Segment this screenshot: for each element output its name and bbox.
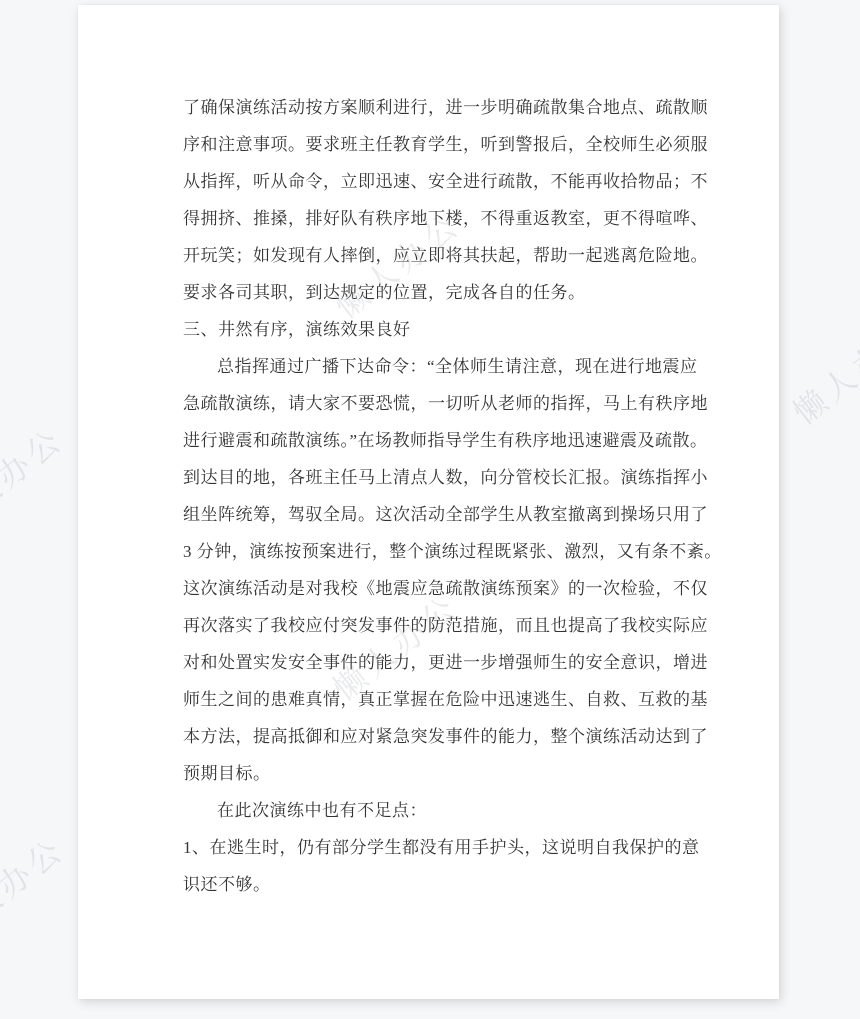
text-line: 得拥挤、推搡，排好队有秩序地下楼，不得重返教室，更不得喧哗、 xyxy=(183,200,680,237)
text-line: 从指挥，听从命令，立即迅速、安全进行疏散，不能再收拾物品；不 xyxy=(183,163,680,200)
text-line: 1、在逃生时，仍有部分学生都没有用手护头，这说明自我保护的意 xyxy=(183,829,680,866)
document-page: 了确保演练活动按方案顺利进行，进一步明确疏散集合地点、疏散顺序和注意事项。要求班… xyxy=(78,5,779,999)
text-line: 要求各司其职，到达规定的位置，完成各自的任务。 xyxy=(183,274,680,311)
text-line: 预期目标。 xyxy=(183,755,680,792)
document-content: 了确保演练活动按方案顺利进行，进一步明确疏散集合地点、疏散顺序和注意事项。要求班… xyxy=(183,89,680,903)
watermark-text: 懒人办公 xyxy=(783,306,860,433)
text-line: 总指挥通过广播下达命令：“全体师生请注意，现在进行地震应 xyxy=(183,348,680,385)
text-line: 组坐阵统筹，驾驭全局。这次活动全部学生从教室撤离到操场只用了 xyxy=(183,496,680,533)
text-line: 师生之间的患难真情，真正掌握在危险中迅速逃生、自救、互救的基 xyxy=(183,681,680,718)
watermark-text: 懒人办公 xyxy=(0,825,73,952)
text-line: 到达目的地，各班主任马上清点人数，向分管校长汇报。演练指挥小 xyxy=(183,459,680,496)
text-line: 3 分钟，演练按预案进行，整个演练过程既紧张、激烈，又有条不紊。 xyxy=(183,533,680,570)
text-line: 对和处置实发安全事件的能力，更进一步增强师生的安全意识，增进 xyxy=(183,644,680,681)
app-background: 了确保演练活动按方案顺利进行，进一步明确疏散集合地点、疏散顺序和注意事项。要求班… xyxy=(0,0,860,1019)
text-line: 进行避震和疏散演练。”在场教师指导学生有秩序地迅速避震及疏散。 xyxy=(183,422,680,459)
text-line: 序和注意事项。要求班主任教育学生，听到警报后，全校师生必须服 xyxy=(183,126,680,163)
text-line: 这次演练活动是对我校《地震应急疏散演练预案》的一次检验，不仅 xyxy=(183,570,680,607)
text-line: 识还不够。 xyxy=(183,866,680,903)
text-line: 了确保演练活动按方案顺利进行，进一步明确疏散集合地点、疏散顺 xyxy=(183,89,680,126)
text-line: 在此次演练中也有不足点： xyxy=(183,792,680,829)
heading-line: 三、井然有序，演练效果良好 xyxy=(183,311,680,348)
text-line: 急疏散演练，请大家不要恐慌，一切听从老师的指挥，马上有秩序地 xyxy=(183,385,680,422)
text-line: 再次落实了我校应付突发事件的防范措施，而且也提高了我校实际应 xyxy=(183,607,680,644)
text-line: 本方法，提高抵御和应对紧急突发事件的能力，整个演练活动达到了 xyxy=(183,718,680,755)
watermark-text: 懒人办公 xyxy=(0,415,72,542)
text-line: 开玩笑；如发现有人摔倒，应立即将其扶起，帮助一起逃离危险地。 xyxy=(183,237,680,274)
